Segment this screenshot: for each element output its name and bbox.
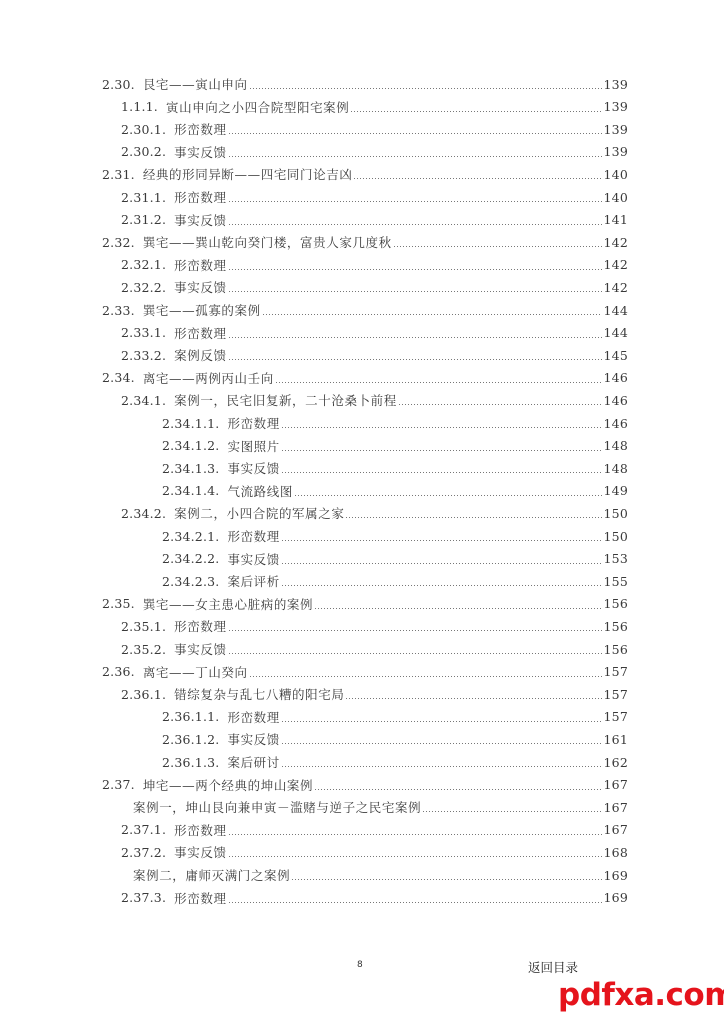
toc-entry-number: 2.34.2.1. (162, 529, 219, 544)
toc-entry-number: 2.36.1.2. (162, 732, 219, 747)
dot-leader (228, 322, 602, 344)
toc-entry-page: 150 (604, 506, 628, 521)
toc-entry-number: 2.32.2. (121, 280, 166, 295)
toc-entry[interactable]: 2.37.坤宅——两个经典的坤山案例167 (102, 774, 628, 796)
dot-leader (350, 96, 601, 118)
toc-entry-page: 149 (604, 483, 628, 498)
toc-entry-title: 形峦数理 (174, 188, 226, 206)
toc-entry[interactable]: 2.34.1.3.事实反馈148 (162, 457, 628, 479)
dot-leader (228, 254, 602, 276)
toc-entry-title: 案例一，坤山艮向兼申寅－滥赌与逆子之民宅案例 (133, 798, 421, 816)
toc-entry-number: 2.34. (102, 370, 135, 385)
dot-leader (228, 186, 602, 208)
toc-entry-page: 142 (604, 280, 628, 295)
toc-entry-page: 155 (604, 574, 628, 589)
toc-entry[interactable]: 1.1.1.寅山申向之小四合院型阳宅案例139 (121, 96, 628, 118)
toc-entry-page: 167 (604, 800, 628, 815)
dot-leader (228, 819, 602, 841)
toc-entry-number: 2.30.2. (121, 144, 166, 159)
toc-entry-title: 巽宅——孤寡的案例 (143, 301, 261, 319)
toc-entry[interactable]: 2.37.2.事实反馈168 (121, 841, 628, 863)
toc-entry-page: 153 (604, 551, 628, 566)
toc-entry[interactable]: 2.34.2.1.形峦数理150 (162, 525, 628, 547)
toc-entry[interactable]: 2.34.1.2.实图照片148 (162, 435, 628, 457)
toc-entry-title: 气流路线图 (227, 482, 293, 500)
toc-entry-title: 事实反馈 (174, 211, 226, 229)
dot-leader (281, 457, 602, 479)
toc-entry-number: 2.34.2. (121, 506, 166, 521)
page-number: 8 (357, 960, 363, 970)
toc-entry[interactable]: 2.35.巽宅——女主患心脏病的案例156 (102, 593, 628, 615)
dot-leader (281, 548, 602, 570)
toc-entry-title: 事实反馈 (174, 143, 226, 161)
toc-entry[interactable]: 2.30.艮宅——寅山申向139 (102, 73, 628, 95)
dot-leader (422, 796, 601, 818)
toc-entry-title: 案后评析 (227, 572, 279, 590)
toc-entry-page: 157 (604, 687, 628, 702)
toc-entry-page: 156 (604, 596, 628, 611)
toc-entry-page: 142 (604, 235, 628, 250)
dot-leader (228, 118, 602, 140)
toc-entry-page: 169 (604, 890, 628, 905)
toc-entry-page: 139 (604, 122, 628, 137)
toc-entry-title: 形峦数理 (174, 120, 226, 138)
toc-entry-number: 2.33. (102, 303, 135, 318)
toc-entry-page: 142 (604, 257, 628, 272)
dot-leader (281, 751, 602, 773)
toc-entry-page: 167 (604, 777, 628, 792)
toc-entry-number: 2.35. (102, 596, 135, 611)
toc-entry-number: 2.37.1. (121, 822, 166, 837)
toc-entry-page: 144 (604, 325, 628, 340)
toc-entry-page: 139 (604, 99, 628, 114)
toc-entry-page: 161 (604, 732, 628, 747)
toc-entry-number: 2.31. (102, 167, 135, 182)
toc-entry-page: 146 (604, 416, 628, 431)
toc-entry-number: 2.30. (102, 77, 135, 92)
watermark-logo: pdfxa.com (558, 980, 724, 1011)
toc-entry-title: 形峦数理 (174, 256, 226, 274)
toc-entry-page: 144 (604, 303, 628, 318)
toc-entry[interactable]: 2.33.2.案例反馈145 (121, 344, 628, 366)
toc-entry-page: 140 (604, 190, 628, 205)
dot-leader (275, 367, 602, 389)
toc-entry-title: 坤宅——两个经典的坤山案例 (143, 776, 313, 794)
dot-leader (294, 480, 602, 502)
toc-entry-number: 2.33.1. (121, 325, 166, 340)
toc-entry-page: 146 (604, 370, 628, 385)
toc-entry[interactable]: 2.37.1.形峦数理167 (121, 819, 628, 841)
toc-entry-number: 1.1.1. (121, 99, 158, 114)
toc-entry-page: 141 (604, 212, 628, 227)
toc-entry-number: 2.31.1. (121, 190, 166, 205)
dot-leader (281, 570, 602, 592)
toc-entry-page: 157 (604, 664, 628, 679)
toc-entry[interactable]: 2.32.1.形峦数理142 (121, 254, 628, 276)
dot-leader (281, 706, 602, 728)
toc-entry-page: 146 (604, 393, 628, 408)
toc-entry-title: 离宅——丁山癸向 (143, 663, 248, 681)
toc-entry-title: 寅山申向之小四合院型阳宅案例 (166, 98, 349, 116)
dot-leader (281, 525, 602, 547)
toc-entry[interactable]: 2.30.2.事实反馈139 (121, 141, 628, 163)
dot-leader (281, 435, 602, 457)
toc-entry-number: 2.36.1. (121, 687, 166, 702)
toc-entry-page: 139 (604, 77, 628, 92)
dot-leader (393, 231, 602, 253)
dot-leader (228, 141, 602, 163)
toc-entry-number: 2.37.2. (121, 845, 166, 860)
toc-entry[interactable]: 案例一，坤山艮向兼申寅－滥赌与逆子之民宅案例167 (133, 796, 628, 818)
toc-entry[interactable]: 2.37.3.形峦数理169 (121, 887, 628, 909)
toc-entry-page: 140 (604, 167, 628, 182)
toc-entry[interactable]: 2.34.1.案例一，民宅旧复新，二十沧桑卜前程146 (121, 389, 628, 411)
toc-entry-number: 2.34.2.3. (162, 574, 219, 589)
toc-entry-title: 形峦数理 (227, 414, 279, 432)
toc-entry-title: 形峦数理 (174, 889, 226, 907)
toc-entry[interactable]: 2.36.1.错综复杂与乱七八糟的阳宅局157 (121, 683, 628, 705)
toc-entry-title: 形峦数理 (174, 324, 226, 342)
toc-entry[interactable]: 2.33.1.形峦数理144 (121, 322, 628, 344)
toc-entry[interactable]: 2.36.1.2.事实反馈161 (162, 728, 628, 750)
toc-entry-number: 2.34.1. (121, 393, 166, 408)
toc-entry-number: 2.36.1.1. (162, 709, 219, 724)
toc-entry-number: 2.34.1.1. (162, 416, 219, 431)
toc-entry-number: 2.37.3. (121, 890, 166, 905)
dot-leader (281, 728, 602, 750)
dot-leader (228, 841, 602, 863)
toc-entry-title: 事实反馈 (174, 843, 226, 861)
toc-entry[interactable]: 2.35.2.事实反馈156 (121, 638, 628, 660)
toc-entry-page: 157 (604, 709, 628, 724)
dot-leader (228, 887, 602, 909)
toc-entry-title: 事实反馈 (174, 278, 226, 296)
toc-entry-title: 事实反馈 (174, 640, 226, 658)
dot-leader (345, 502, 601, 524)
dot-leader (281, 412, 602, 434)
dot-leader (314, 774, 601, 796)
toc-entry-title: 案例二，小四合院的军属之家 (174, 504, 344, 522)
toc-entry-number: 2.34.1.3. (162, 461, 219, 476)
dot-leader (249, 661, 602, 683)
toc-entry-page: 162 (604, 755, 628, 770)
toc-entry-title: 事实反馈 (227, 550, 279, 568)
dot-leader (398, 389, 602, 411)
toc-entry[interactable]: 2.36.1.3.案后研讨162 (162, 751, 628, 773)
dot-leader (314, 593, 601, 615)
toc-entry-title: 艮宅——寅山申向 (143, 75, 248, 93)
toc-entry[interactable]: 2.34.2.2.事实反馈153 (162, 548, 628, 570)
dot-leader (353, 163, 601, 185)
toc-entry-title: 案例反馈 (174, 346, 226, 364)
toc-entry-number: 2.34.1.4. (162, 483, 219, 498)
toc-entry[interactable]: 2.34.1.4.气流路线图149 (162, 480, 628, 502)
toc-entry-number: 2.36. (102, 664, 135, 679)
toc-entry-number: 2.34.1.2. (162, 438, 219, 453)
toc-entry-title: 案后研讨 (227, 753, 279, 771)
toc-entry[interactable]: 2.36.1.1.形峦数理157 (162, 706, 628, 728)
dot-leader (262, 299, 602, 321)
toc-entry[interactable]: 2.35.1.形峦数理156 (121, 615, 628, 637)
toc-entry-title: 事实反馈 (227, 459, 279, 477)
dot-leader (228, 615, 602, 637)
toc-entry-number: 2.31.2. (121, 212, 166, 227)
toc-entry[interactable]: 2.36.离宅——丁山癸向157 (102, 661, 628, 683)
dot-leader (228, 209, 602, 231)
toc-entry[interactable]: 2.33.巽宅——孤寡的案例144 (102, 299, 628, 321)
dot-leader (228, 276, 602, 298)
toc-entry-title: 巽宅——巽山乾向癸门楼，富贵人家几度秋 (143, 233, 392, 251)
toc-entry[interactable]: 2.34.1.1.形峦数理146 (162, 412, 628, 434)
toc-entry-number: 2.37. (102, 777, 135, 792)
toc-entry[interactable]: 2.32.2.事实反馈142 (121, 276, 628, 298)
toc-entry[interactable]: 2.31.经典的形同异断——四宅同门论吉凶140 (102, 163, 628, 185)
toc-entry-title: 离宅——两例丙山壬向 (143, 369, 274, 387)
toc-entry[interactable]: 2.34.离宅——两例丙山壬向146 (102, 367, 628, 389)
toc-entry[interactable]: 2.32.巽宅——巽山乾向癸门楼，富贵人家几度秋142 (102, 231, 628, 253)
toc-entry-number: 2.30.1. (121, 122, 166, 137)
toc-entry-number: 2.36.1.3. (162, 755, 219, 770)
toc-entry-title: 形峦数理 (227, 708, 279, 726)
toc-entry-number: 2.35.1. (121, 619, 166, 634)
back-to-contents-link[interactable]: 返回目录 (528, 958, 578, 976)
toc-entry-page: 148 (604, 461, 628, 476)
toc-entry-number: 2.33.2. (121, 348, 166, 363)
toc-entry-number: 2.34.2.2. (162, 551, 219, 566)
toc-entry[interactable]: 2.34.2.3.案后评析155 (162, 570, 628, 592)
toc-entry-page: 145 (604, 348, 628, 363)
toc-entry-page: 167 (604, 822, 628, 837)
toc-entry-title: 经典的形同异断——四宅同门论吉凶 (143, 165, 353, 183)
toc-entry-page: 156 (604, 642, 628, 657)
toc-entry[interactable]: 2.31.2.事实反馈141 (121, 209, 628, 231)
toc-entry-page: 150 (604, 529, 628, 544)
dot-leader (228, 638, 602, 660)
toc-entry[interactable]: 2.31.1.形峦数理140 (121, 186, 628, 208)
toc-entry-page: 169 (604, 868, 628, 883)
toc-entry[interactable]: 案例二，庸师灭满门之案例169 (133, 864, 628, 886)
dot-leader (345, 683, 601, 705)
toc-entry-title: 案例一，民宅旧复新，二十沧桑卜前程 (174, 391, 397, 409)
dot-leader (249, 73, 602, 95)
toc-entry-title: 形峦数理 (227, 527, 279, 545)
toc-entry[interactable]: 2.30.1.形峦数理139 (121, 118, 628, 140)
toc-entry-page: 168 (604, 845, 628, 860)
toc-entry-title: 巽宅——女主患心脏病的案例 (143, 595, 313, 613)
toc-entry-number: 2.32.1. (121, 257, 166, 272)
toc-entry-page: 139 (604, 144, 628, 159)
dot-leader (228, 344, 602, 366)
toc-entry[interactable]: 2.34.2.案例二，小四合院的军属之家150 (121, 502, 628, 524)
toc-entry-title: 事实反馈 (227, 730, 279, 748)
toc-entry-title: 实图照片 (227, 437, 279, 455)
toc-entry-title: 案例二，庸师灭满门之案例 (133, 866, 290, 884)
toc-entry-title: 错综复杂与乱七八糟的阳宅局 (174, 685, 344, 703)
toc-entry-page: 156 (604, 619, 628, 634)
toc-entry-number: 2.35.2. (121, 642, 166, 657)
toc-entry-title: 形峦数理 (174, 617, 226, 635)
toc-entry-title: 形峦数理 (174, 821, 226, 839)
toc-entry-page: 148 (604, 438, 628, 453)
toc-entry-number: 2.32. (102, 235, 135, 250)
dot-leader (291, 864, 601, 886)
